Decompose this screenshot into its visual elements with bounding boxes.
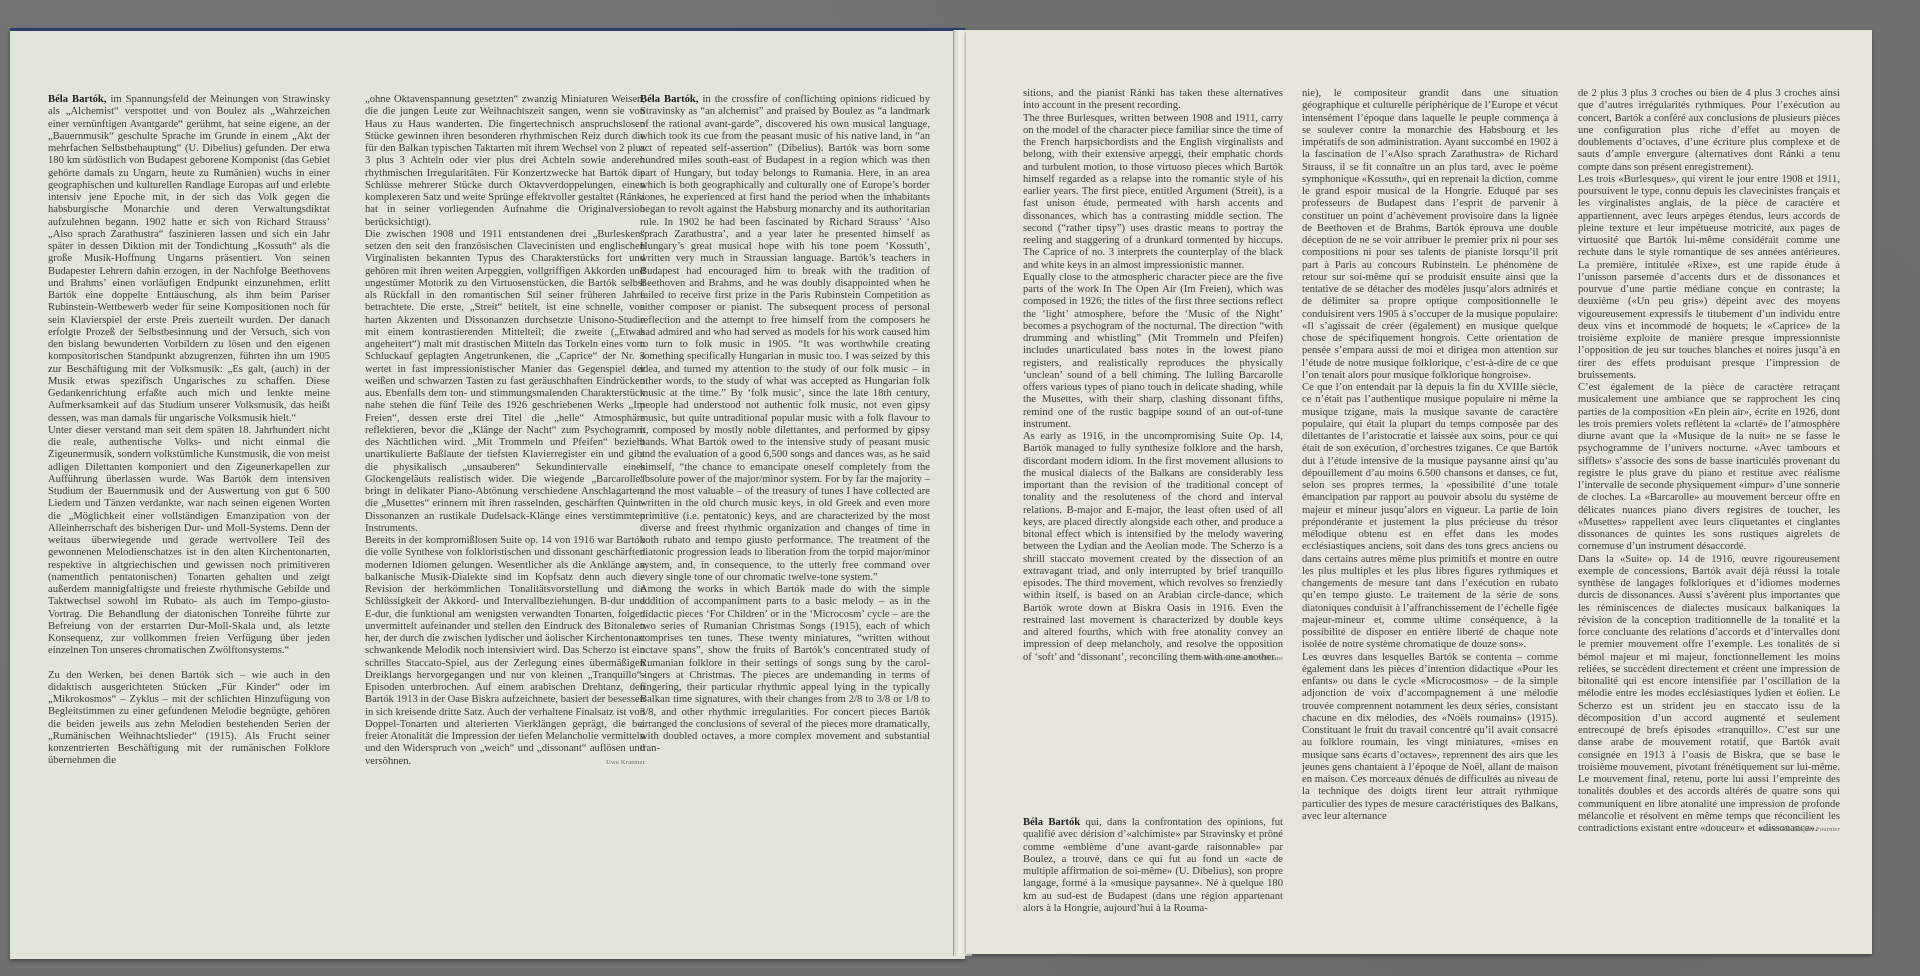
lead-name: Béla Bartók xyxy=(1023,817,1080,828)
paragraph: „ohne Oktavenspannung gesetzten“ zwanzig… xyxy=(365,94,645,229)
paragraph: sitions, and the pianist Ránki has taken… xyxy=(1023,88,1283,113)
german-column-2: „ohne Oktavenspannung gesetzten“ zwanzig… xyxy=(365,94,645,769)
liner-notes-right-panel: sitions, and the pianist Ránki has taken… xyxy=(966,30,1872,954)
liner-notes-left-panel: Béla Bartók, im Spannungsfeld der Meinun… xyxy=(10,28,965,959)
paragraph: Ce que l’on entendait par là depuis la f… xyxy=(1302,382,1558,652)
lead-name: Béla Bartók, xyxy=(640,94,698,105)
paragraph: Bereits in der kompromißlosen Suite op. … xyxy=(365,535,645,768)
german-column-1: Béla Bartók, im Spannungsfeld der Meinun… xyxy=(48,94,330,768)
paragraph: Die zwischen 1908 und 1911 entstandenen … xyxy=(365,229,645,535)
lead-name: Béla Bartók, xyxy=(48,94,106,105)
paragraph: Béla Bartók qui, dans la confrontation d… xyxy=(1023,817,1283,915)
french-column-1: nie), le compositeur grandit dans une si… xyxy=(1302,88,1558,823)
paragraph: nie), le compositeur grandit dans une si… xyxy=(1302,88,1558,382)
french-column-intro: Béla Bartók qui, dans la confrontation d… xyxy=(1023,817,1283,915)
paragraph: Equally close to the atmospheric charact… xyxy=(1023,272,1283,431)
paragraph: de 2 plus 3 plus 3 croches ou bien de 4 … xyxy=(1578,88,1840,174)
french-column-2: de 2 plus 3 plus 3 croches ou bien de 4 … xyxy=(1578,88,1840,837)
paragraph: Zu den Werken, bei denen Bartók sich – w… xyxy=(48,670,330,768)
paragraph: Les œuvres dans lesquelles Bartók se con… xyxy=(1302,652,1558,824)
english-column-2: sitions, and the pianist Ránki has taken… xyxy=(1023,88,1283,665)
paragraph: The three Burlesques, written between 19… xyxy=(1023,113,1283,272)
paragraph: Béla Bartók, im Spannungsfeld der Meinun… xyxy=(48,94,330,425)
english-column-1: Béla Bartók, in the crossfire of conflic… xyxy=(640,94,930,756)
paragraph: C’est également de la pièce de caractère… xyxy=(1578,382,1840,554)
paragraph: Dans la «Suite» op. 14 de 1916, œuvre ri… xyxy=(1578,554,1840,836)
paragraph: Béla Bartók, in the crossfire of conflic… xyxy=(640,94,930,584)
paragraph: Les trois «Burlesques», qui virent le jo… xyxy=(1578,174,1840,382)
paragraph: Among the works in which Bartók made do … xyxy=(640,584,930,756)
paragraph: As early as 1916, in the uncompromising … xyxy=(1023,431,1283,664)
paragraph: Unter dieser verstand man seit dem späte… xyxy=(48,425,330,658)
